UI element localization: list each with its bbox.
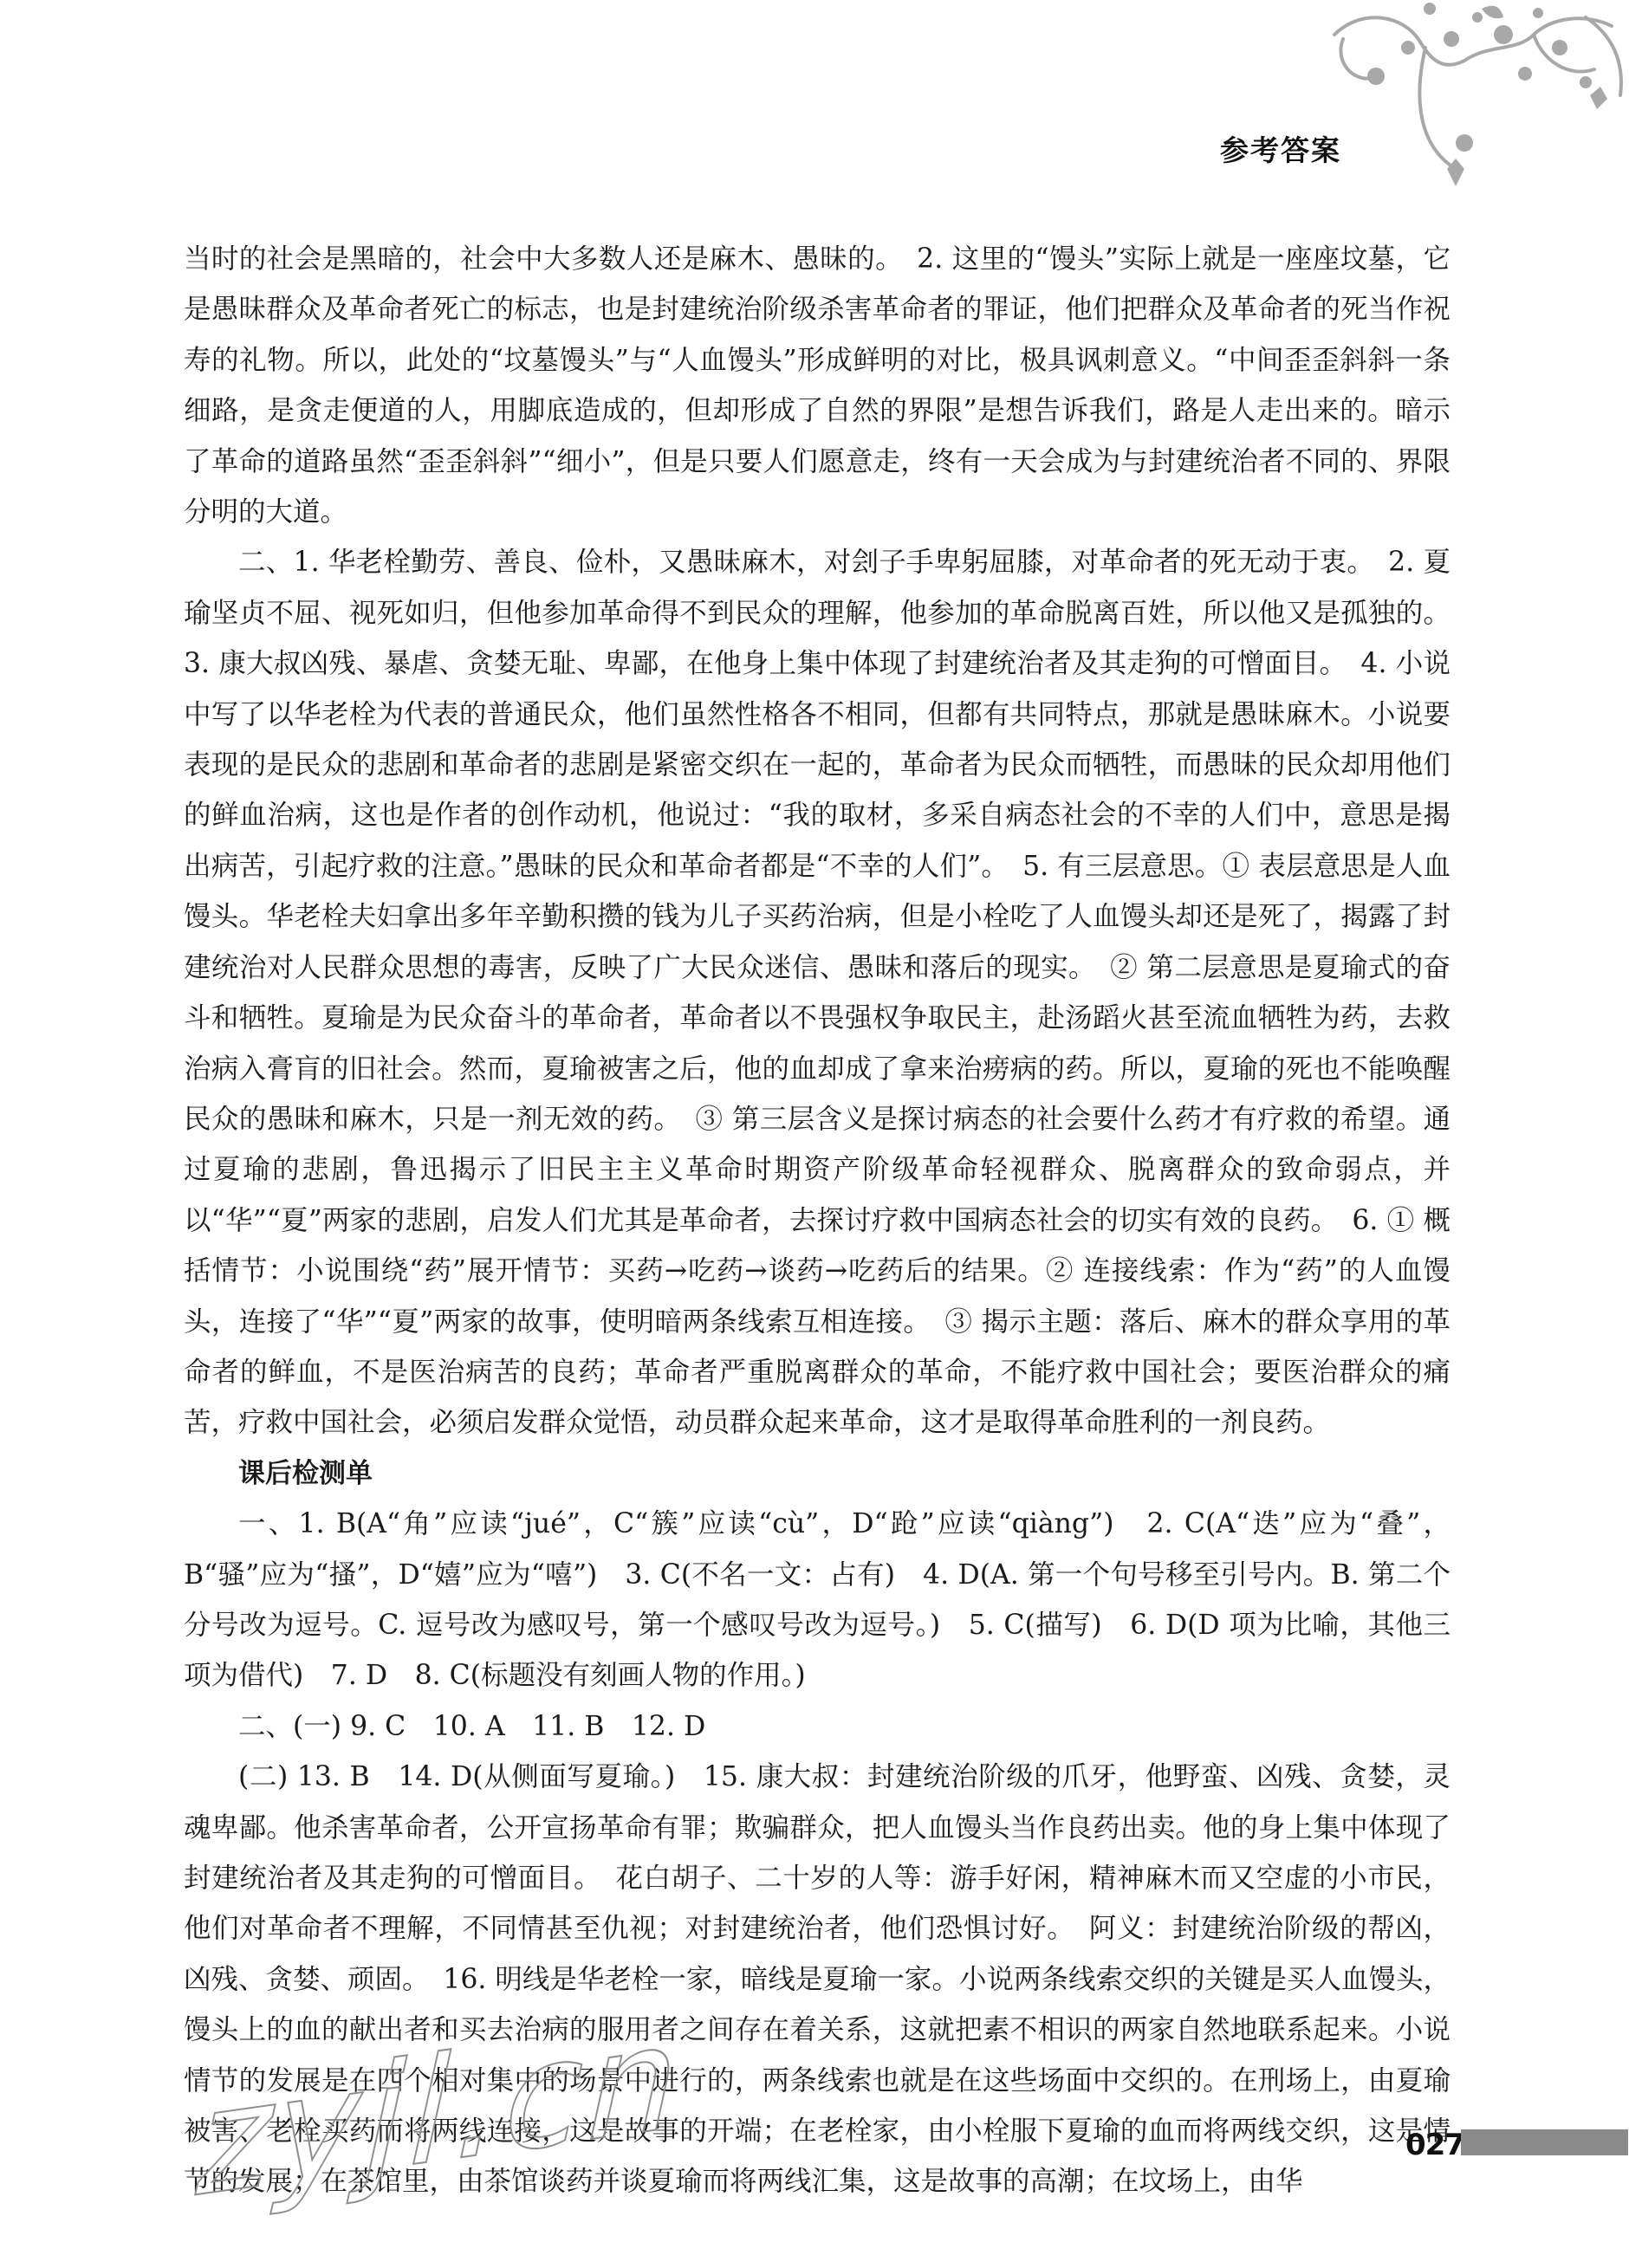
- floral-ornament-icon: [1326, 0, 1629, 199]
- answer-paragraph: 当时的社会是黑暗的，社会中大多数人还是麻木、愚昧的。 2. 这里的“馒头”实际上…: [184, 234, 1451, 537]
- answer-content: 当时的社会是黑暗的，社会中大多数人还是麻木、愚昧的。 2. 这里的“馒头”实际上…: [184, 234, 1451, 2207]
- page-number: 027: [1405, 2128, 1464, 2162]
- answer-paragraph: 二、1. 华老栓勤劳、善良、俭朴，又愚昧麻木，对刽子手卑躬屈膝，对革命者的死无动…: [184, 537, 1451, 1448]
- answer-paragraph: 一、1. B(A“角”应读“jué”，C“簇”应读“cù”，D“跄”应读“qià…: [184, 1499, 1451, 1701]
- answer-paragraph: (二) 13. B 14. D(从侧面写夏瑜。) 15. 康大叔：封建统治阶级的…: [184, 1752, 1451, 2207]
- section-heading: 课后检测单: [184, 1448, 1451, 1499]
- answer-paragraph: 二、(一) 9. C 10. A 11. B 12. D: [184, 1701, 1451, 1752]
- page-tab-bar: [1461, 2129, 1628, 2155]
- page-header-title: 参考答案: [1220, 128, 1341, 169]
